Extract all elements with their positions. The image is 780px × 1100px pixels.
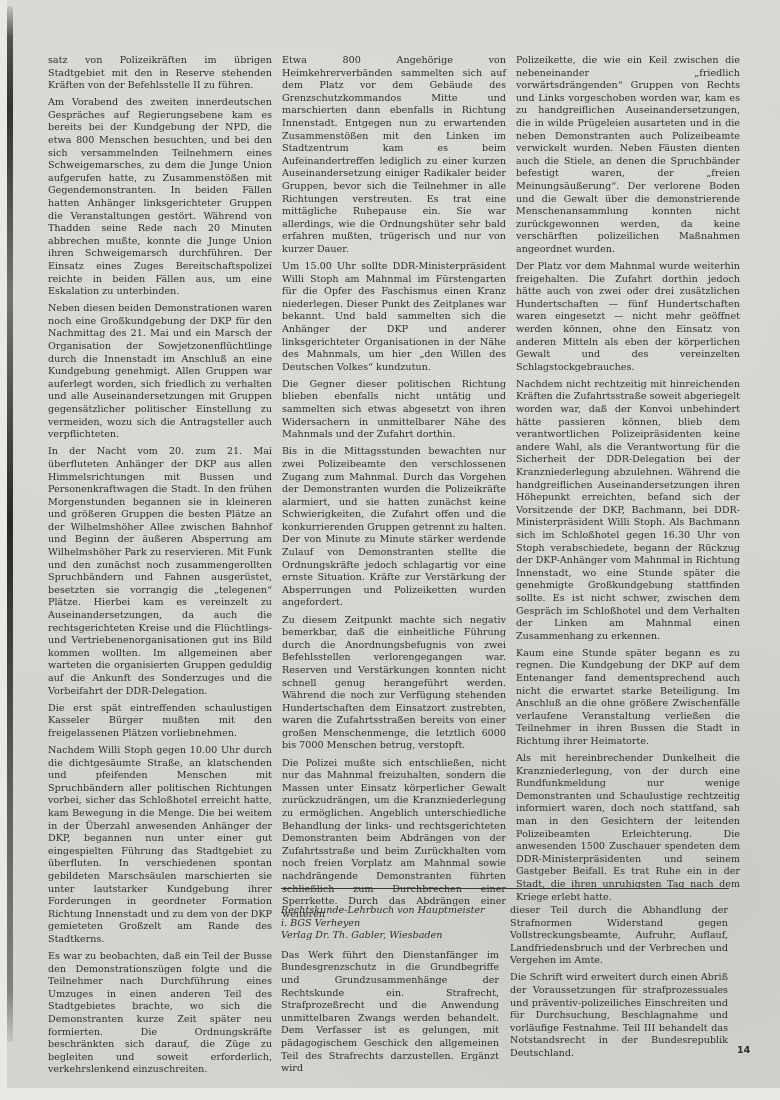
paragraph: Etwa 800 Angehörige von Heimkehrerverbän… bbox=[282, 55, 506, 257]
binding-edge bbox=[7, 6, 13, 1042]
paragraph: Nachdem Willi Stoph gegen 10.00 Uhr durc… bbox=[48, 745, 272, 947]
paragraph: Es war zu beobachten, daß ein Teil der B… bbox=[48, 951, 272, 1077]
column-left: satz von Polizeikräften im übrigen Stadt… bbox=[48, 55, 272, 1081]
paragraph: dieser Teil durch die Abhandlung der Str… bbox=[510, 905, 728, 968]
paragraph: Am Vorabend des zweiten innerdeutschen G… bbox=[48, 97, 272, 299]
review-publisher: Verlag Dr. Th. Gabler, Wiesbaden bbox=[281, 930, 499, 943]
paragraph: Das Werk führt den Dienstanfänger im Bun… bbox=[281, 950, 499, 1076]
paragraph: satz von Polizeikräften im übrigen Stadt… bbox=[48, 55, 272, 93]
document-page: satz von Polizeikräften im übrigen Stadt… bbox=[0, 0, 780, 1100]
section-divider bbox=[281, 888, 729, 889]
column-middle: Etwa 800 Angehörige von Heimkehrerverbän… bbox=[282, 55, 506, 926]
paragraph: In der Nacht vom 20. zum 21. Mai überflu… bbox=[48, 446, 272, 698]
book-review-section: Rechtskunde-Lehrbuch von Hauptmeister i.… bbox=[281, 888, 729, 1080]
paragraph: Polizeikette, die wie ein Keil zwischen … bbox=[516, 55, 740, 257]
review-column-right: dieser Teil durch die Abhandlung der Str… bbox=[510, 905, 728, 1080]
paragraph: Kaum eine Stunde später begann es zu reg… bbox=[516, 648, 740, 749]
review-author: i. BGS Verheyen bbox=[281, 918, 499, 931]
page-bottom-edge bbox=[0, 1088, 780, 1100]
page-number: 14 bbox=[737, 1045, 750, 1056]
review-title: Rechtskunde-Lehrbuch von Hauptmeister bbox=[281, 905, 499, 918]
paragraph: Die Gegner dieser politischen Richtung b… bbox=[282, 379, 506, 442]
column-right: Polizeikette, die wie ein Keil zwischen … bbox=[516, 55, 740, 909]
paragraph: Um 15.00 Uhr sollte DDR-Ministerpräsiden… bbox=[282, 261, 506, 374]
paragraph: Die erst spät eintreffenden schaulustige… bbox=[48, 703, 272, 741]
paragraph: Nachdem nicht rechtzeitig mit hinreichen… bbox=[516, 379, 740, 643]
review-column-left: Rechtskunde-Lehrbuch von Hauptmeister i.… bbox=[281, 905, 499, 1080]
paragraph: Die Schrift wird erweitert durch einen A… bbox=[510, 972, 728, 1060]
paragraph: Bis in die Mittagsstunden bewachten nur … bbox=[282, 446, 506, 610]
paragraph: Als mit hereinbrechender Dunkelheit die … bbox=[516, 753, 740, 904]
paragraph: Zu diesem Zeitpunkt machte sich negativ … bbox=[282, 615, 506, 754]
paragraph: Der Platz vor dem Mahnmal wurde weiterhi… bbox=[516, 261, 740, 374]
page-left-edge bbox=[0, 0, 7, 1100]
paragraph: Neben diesen beiden Demonstrationen ware… bbox=[48, 303, 272, 442]
